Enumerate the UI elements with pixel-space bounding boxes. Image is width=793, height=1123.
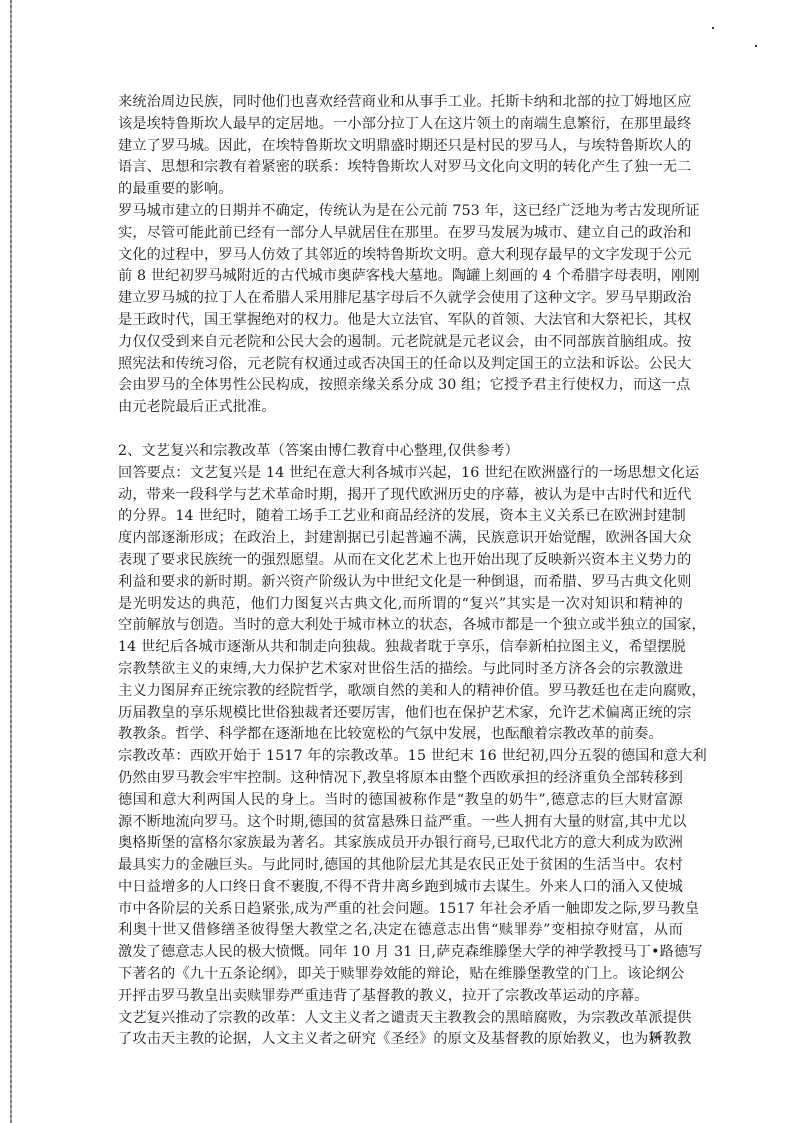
text-line: 宗教改革：西欧开始于 1517 年的宗教改革。15 世纪末 16 世纪初,四分五… [118,746,683,768]
text-line: 建立了罗马城。因此，在埃特鲁斯坎文明鼎盛时期还只是村民的罗马人，与埃特鲁斯坎人的 [118,136,683,158]
text-line: 的最重要的影响。 [118,179,683,201]
text-line: 激发了德意志人民的极大愤慨。同年 10 月 31 日,萨克森维滕堡大学的神学教授… [118,942,683,964]
text-line: 由元老院最后正式批准。 [118,397,683,419]
scan-speck [712,27,714,29]
text-line: 开抨击罗马教皇出卖赎罪券严重违背了基督教的教义，拉开了宗教改革运动的序幕。 [118,986,683,1008]
text-line: 主义力图屏弃正统宗教的经院哲学，歌颂自然的美和人的精神价值。罗马教廷也在走向腐败… [118,681,683,703]
text-line: 文化的过程中，罗马人仿效了其邻近的埃特鲁斯坎文明。意大利现存最早的文字发现于公元 [118,245,683,267]
text-line: 力仅仅受到来自元老院和公民大会的遏制。元老院就是元老议会，由不同部族首脑组成。按 [118,332,683,354]
text-line: 德国和意大利两国人民的身上。当时的德国被称作是“教皇的奶牛”,德意志的巨大财富源 [118,790,683,812]
text-line: 实，尽管可能此前已经有一部分人早就居住在那里。在罗马发展为城市、建立自己的政治和 [118,223,683,245]
paragraph-etruscan: 来统治周边民族，同时他们也喜欢经营商业和从事手工业。托斯卡纳和北部的拉丁姆地区应… [118,92,683,201]
text-line: 宗教禁欲主义的束缚,大力保护艺术家对世俗生活的描绘。与此同时圣方济各会的宗教激进 [118,659,683,681]
text-line: 回答要点：文艺复兴是 14 世纪在意大利各城市兴起，16 世纪在欧洲盛行的一场思… [118,463,683,485]
page-number: 14 [648,1028,661,1044]
paragraph-reformation: 宗教改革：西欧开始于 1517 年的宗教改革。15 世纪末 16 世纪初,四分五… [118,746,683,1008]
section-heading: 2、文艺复兴和宗教改革（答案由博仁教育中心整理,仅供参考） [118,441,683,463]
text-line: 中日益增多的人口终日食不裹腹,不得不背井离乡跑到城市去谋生。外来人口的涌入又使城 [118,877,683,899]
text-line: 市中各阶层的关系日趋紧张,成为严重的社会问题。1517 年社会矛盾一触即发之际,… [118,899,683,921]
page-body: 来统治周边民族，同时他们也喜欢经营商业和从事手工业。托斯卡纳和北部的拉丁姆地区应… [118,92,683,1051]
text-line: 空前解放与创造。当时的意大利处于城市林立的状态，各城市都是一个独立或半独立的国家… [118,615,683,637]
text-line: 利奥十世又借修缮圣彼得堡大教堂之名,决定在德意志出售“赎罪券”变相掠夺财富，从而 [118,920,683,942]
paragraph-gap [118,419,683,441]
text-line: 仍然由罗马教会牢牢控制。这种情况下,教皇将原本由整个西欧承担的经济重负全部转移到 [118,768,683,790]
text-line: 来统治周边民族，同时他们也喜欢经营商业和从事手工业。托斯卡纳和北部的拉丁姆地区应 [118,92,683,114]
text-line: 度内部逐渐形成；在政治上，封建割据已引起普遍不满，民族意识开始觉醒，欧洲各国大众 [118,528,683,550]
text-line: 会由罗马的全体男性公民构成，按照亲缘关系分成 30 组；它授予君主行使权力，而这… [118,375,683,397]
text-line: 教教条。哲学、科学都在逐渐地在比较宽松的气氛中发展，也酝酿着宗教改革的前奏。 [118,724,683,746]
paragraph-renaissance-reformation: 文艺复兴推动了宗教的改革：人文主义者之谴责天主教教会的黑暗腐败，为宗教改革派提供… [118,1008,683,1052]
text-line: 利益和要求的新时期。新兴资产阶级认为中世纪文化是一种倒退，而希腊、罗马古典文化则 [118,572,683,594]
paragraph-rome-founding: 罗马城市建立的日期并不确定，传统认为是在公元前 753 年，这已经广泛地为考古发… [118,201,683,419]
text-line: 下著名的《九十五条论纲》，即关于赎罪券效能的辩论，贴在维滕堡教堂的门上。该论纲公 [118,964,683,986]
text-line: 文艺复兴推动了宗教的改革：人文主义者之谴责天主教教会的黑暗腐败，为宗教改革派提供 [118,1008,683,1030]
paragraph-renaissance: 回答要点：文艺复兴是 14 世纪在意大利各城市兴起，16 世纪在欧洲盛行的一场思… [118,463,683,746]
text-line: 该是埃特鲁斯坎人最早的定居地。一小部分拉丁人在这片领土的南端生息繁衍，在那里最终 [118,114,683,136]
text-line: 语言、思想和宗教有着紧密的联系：埃特鲁斯坎人对罗马文化向文明的转化产生了独一无二 [118,157,683,179]
text-line: 是光明发达的典范，他们力图复兴古典文化,而所谓的“复兴”其实是一次对知识和精神的 [118,594,683,616]
text-line: 最具实力的金融巨头。与此同时,德国的其他阶层尤其是农民正处于贫困的生活当中。农村 [118,855,683,877]
text-line: 奥格斯堡的富格尔家族最为著名。其家族成员开办银行商号,已取代北方的意大利成为欧洲 [118,833,683,855]
text-line: 14 世纪后各城市逐渐从共和制走向独裁。独裁者耽于享乐，信奉新柏拉图主义，希望摆… [118,637,683,659]
text-line: 前 8 世纪初罗马城附近的古代城市奥萨客栈大墓地。陶罐上刻画的 4 个希腊字母表… [118,266,683,288]
text-line: 了攻击天主教的论据，人文主义者之研究《圣经》的原文及基督教的原始教义，也为新教教 [118,1029,683,1051]
text-line: 罗马城市建立的日期并不确定，传统认为是在公元前 753 年，这已经广泛地为考古发… [118,201,683,223]
text-line: 是王政时代，国王掌握绝对的权力。他是大立法官、军队的首领、大法官和大祭祀长，其权 [118,310,683,332]
section-title: 2、文艺复兴和宗教改革（答案由博仁教育中心整理,仅供参考） [118,441,683,463]
text-line: 源不断地流向罗马。这个时期,德国的贫富悬殊日益严重。一些人拥有大量的财富,其中尤… [118,812,683,834]
text-line: 建立罗马城的拉丁人在希腊人采用腓尼基字母后不久就学会使用了这种文字。罗马早期政治 [118,288,683,310]
scan-speck [755,45,757,47]
text-line: 历届教皇的享乐规模比世俗独裁者还要厉害，他们也在保护艺术家，允许艺术偏离正统的宗 [118,703,683,725]
text-line: 照宪法和传统习俗，元老院有权通过或否决国王的任命以及判定国王的立法和诉讼。公民大 [118,354,683,376]
scan-binding-edge [10,0,12,1123]
text-line: 动，带来一段科学与艺术革命时期，揭开了现代欧洲历史的序幕，被认为是中古时代和近代 [118,485,683,507]
text-line: 表现了要求民族统一的强烈愿望。从而在文化艺术上也开始出现了反映新兴资本主义势力的 [118,550,683,572]
text-line: 的分界。14 世纪时，随着工场手工艺业和商品经济的发展，资本主义关系已在欧洲封建… [118,506,683,528]
